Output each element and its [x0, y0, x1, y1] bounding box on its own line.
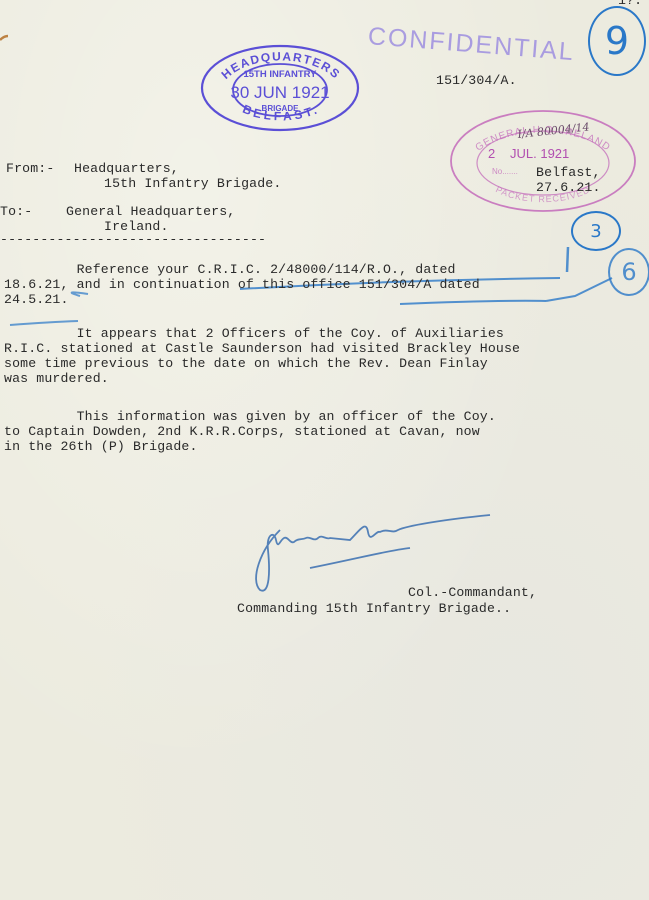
- para3-line1: This information was given by an officer…: [4, 410, 496, 424]
- para2-line4: was murdered.: [4, 372, 109, 386]
- para2-line3: some time previous to the date on which …: [4, 357, 488, 371]
- para2-line2: R.I.C. stationed at Castle Saunderson ha…: [4, 342, 520, 356]
- para1-line1: Reference your C.R.I.C. 2/48000/114/R.O.…: [4, 263, 456, 277]
- para3-line2: to Captain Dowden, 2nd K.R.R.Corps, stat…: [4, 425, 480, 439]
- signature-title: Col.-Commandant,: [408, 586, 537, 600]
- para2-line1: It appears that 2 Officers of the Coy. o…: [4, 327, 504, 341]
- para1-line3: 24.5.21.: [4, 293, 69, 307]
- para3-line3: in the 26th (P) Brigade.: [4, 440, 198, 454]
- para1-line2: 18.6.21, and in continuation of this off…: [4, 278, 480, 292]
- signature-role: Commanding 15th Infantry Brigade..: [237, 602, 511, 616]
